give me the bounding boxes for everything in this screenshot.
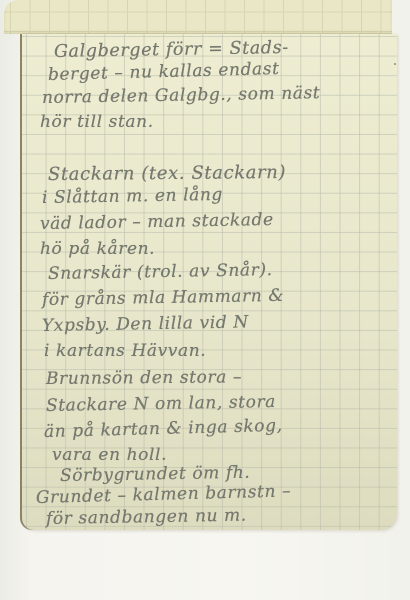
- note-line: än på kartan & inga skog,: [44, 416, 283, 442]
- scanned-notebook-scene: Galgberget förr = Stads- berget – nu kal…: [0, 0, 410, 600]
- note-line: Stackare N om lan, stora: [46, 392, 276, 416]
- note-line: berget – nu kallas endast: [48, 59, 280, 85]
- note-line: Snarskär (trol. av Snår).: [48, 260, 273, 284]
- note-line: i kartans Hävvan.: [44, 341, 206, 361]
- note-line: Galgberget förr = Stads-: [54, 38, 289, 62]
- note-line: hör till stan.: [40, 112, 154, 132]
- note-line: för sandbangen nu m.: [46, 505, 247, 529]
- note-line: för gråns mla Hammarn &: [42, 286, 284, 310]
- note-line: vara en holl.: [52, 445, 167, 465]
- previous-page-fold: [4, 0, 392, 34]
- note-line: Stackarn (tex. Stackarn): [48, 162, 286, 185]
- note-line: Yxpsby. Den lilla vid N: [42, 312, 249, 336]
- note-line: i Slåttan m. en lång: [42, 185, 223, 208]
- note-line: norra delen Galgbg., som näst: [42, 83, 321, 108]
- note-line: väd lador – man stackade: [40, 210, 274, 234]
- handwritten-notes: Galgberget förr = Stads- berget – nu kal…: [22, 34, 397, 530]
- note-line: Brunnsön den stora –: [46, 367, 242, 389]
- note-line: hö på kåren.: [40, 239, 155, 259]
- notebook-page: Galgberget förr = Stads- berget – nu kal…: [22, 34, 397, 530]
- scan-speck: [394, 63, 396, 65]
